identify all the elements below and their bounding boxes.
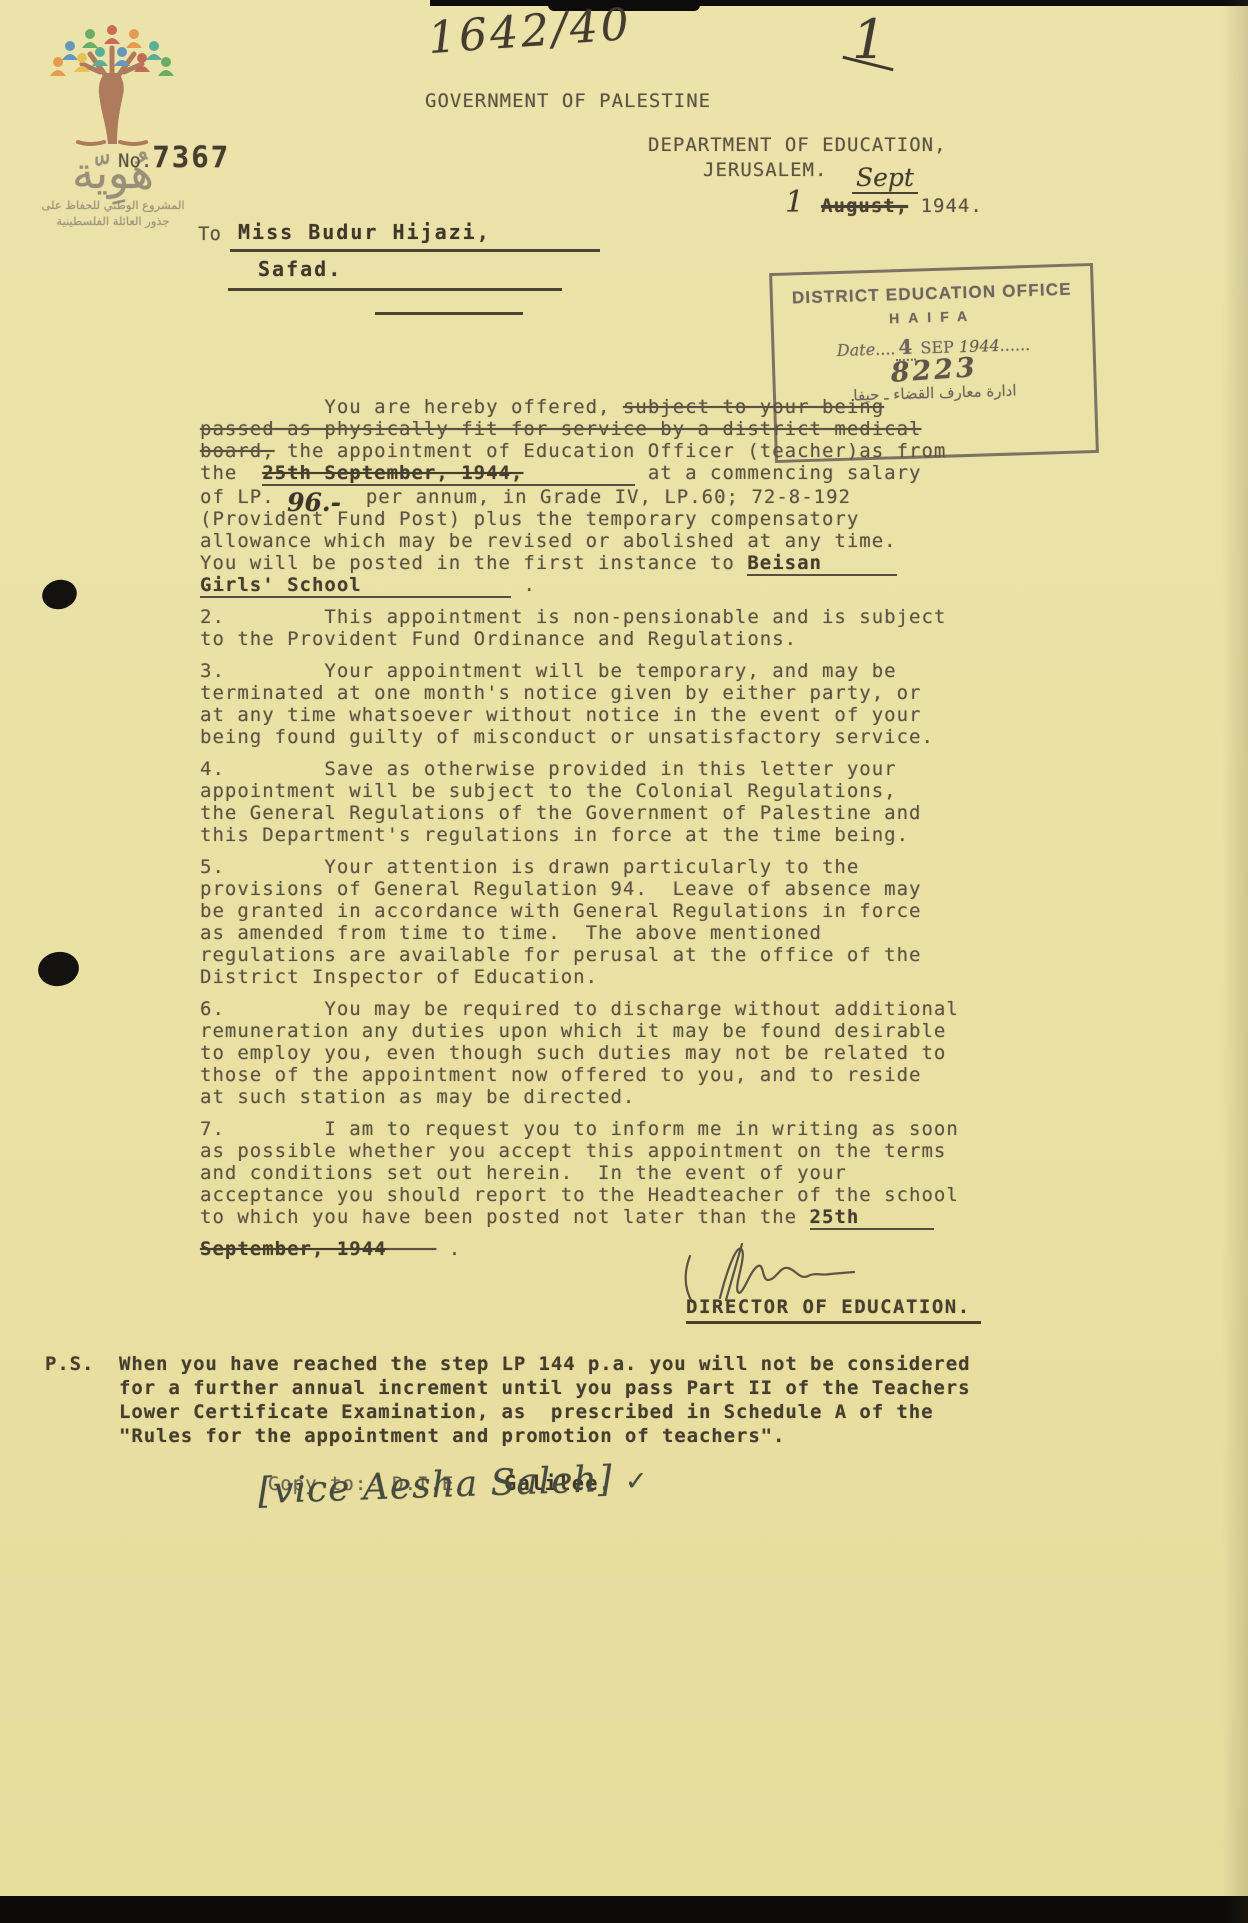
stamp-date-dots: ....	[875, 339, 896, 359]
letterhead-city: JERUSALEM.	[703, 159, 827, 181]
body-paragraph: 2. This appointment is non-pensionable a…	[200, 606, 1000, 650]
typed-line: the General Regulations of the Governmen…	[200, 802, 1000, 824]
typed-line: of LP. 96.- per annum, in Grade IV, LP.6…	[200, 484, 1000, 508]
handwritten-file-reference: 1642/40	[426, 0, 633, 64]
scan-shadow-right	[1222, 0, 1248, 1923]
recipient-name: Miss Budur Hijazi,	[230, 220, 491, 244]
typed-line: being found guilty of misconduct or unsa…	[200, 726, 1000, 748]
typed-line: at any time whatsoever without notice in…	[200, 704, 1000, 726]
letter-body: You are hereby offered, subject to your …	[200, 396, 1000, 1270]
serial-value: 7367	[152, 140, 230, 174]
scan-edge-bottom	[0, 1896, 1248, 1923]
typed-line: provisions of General Regulation 94. Lea…	[200, 878, 1000, 900]
typed-line: those of the appointment now offered to …	[200, 1064, 1000, 1086]
typed-line: 6. You may be required to discharge with…	[200, 998, 1000, 1020]
typed-line: You are hereby offered, subject to your …	[200, 396, 1000, 418]
struck-month: August,	[821, 195, 908, 217]
typed-line: this Department's regulations in force a…	[200, 824, 1000, 846]
stamp-city: HAIFA	[773, 304, 1091, 330]
typed-line: to the Provident Fund Ordinance and Regu…	[200, 628, 1000, 650]
ps-line: Lower Certificate Examination, as prescr…	[45, 1400, 1055, 1424]
body-paragraph: 6. You may be required to discharge with…	[200, 998, 1000, 1108]
typed-line: and conditions set out herein. In the ev…	[200, 1162, 1000, 1184]
signatory-title: DIRECTOR OF EDUCATION.	[686, 1296, 981, 1324]
handwritten-check-mark: ✓	[625, 1466, 649, 1497]
typed-line: be granted in accordance with General Re…	[200, 900, 1000, 922]
ps-line: P.S. When you have reached the step LP 1…	[45, 1352, 1055, 1376]
serial-label: No.	[118, 150, 152, 172]
postscript-block: P.S. When you have reached the step LP 1…	[45, 1352, 1055, 1448]
date-year: 1944.	[908, 195, 983, 217]
stamp-date-label: Date	[837, 340, 876, 360]
typed-line: 7. I am to request you to inform me in w…	[200, 1118, 1000, 1140]
letter-date-line: 1August, 1944.	[785, 185, 983, 220]
body-paragraph: 5. Your attention is drawn particularly …	[200, 856, 1000, 988]
recipient-name-line: Miss Budur Hijazi,	[230, 220, 600, 252]
tree-people-logo-icon	[38, 22, 188, 147]
recipient-place: Safad.	[228, 257, 342, 281]
recipient-blank-line	[375, 286, 523, 315]
typed-line: at such station as may be directed.	[200, 1086, 1000, 1108]
typed-line: to which you have been posted not later …	[200, 1206, 1000, 1228]
typed-line: You will be posted in the first instance…	[200, 552, 1000, 574]
letter-serial-number: No.7367	[118, 140, 230, 174]
typed-line: 3. Your appointment will be temporary, a…	[200, 660, 1000, 682]
hole-punch-mark	[39, 576, 80, 613]
scanned-letter-page: هُوِيّة المشروع الوطني للحفاظ على جذور ا…	[0, 0, 1248, 1923]
typed-line: acceptance you should report to the Head…	[200, 1184, 1000, 1206]
watermark-text-line2: جذور العائلة الفلسطينية	[18, 213, 208, 229]
typed-line: allowance which may be revised or abolis…	[200, 530, 1000, 552]
typed-line: passed as physically fit for service by …	[200, 418, 1000, 440]
typed-line: as possible whether you accept this appo…	[200, 1140, 1000, 1162]
watermark-text-line1: المشروع الوطني للحفاظ على	[18, 197, 208, 213]
recipient-to-label: To	[198, 223, 221, 245]
handwritten-day: 1	[785, 185, 805, 220]
typed-line: regulations are available for perusal at…	[200, 944, 1000, 966]
typed-line: appointment will be subject to the Colon…	[200, 780, 1000, 802]
typed-line: 2. This appointment is non-pensionable a…	[200, 606, 1000, 628]
body-paragraph: 4. Save as otherwise provided in this le…	[200, 758, 1000, 846]
typed-line: 4. Save as otherwise provided in this le…	[200, 758, 1000, 780]
typed-line: to employ you, even though such duties m…	[200, 1042, 1000, 1064]
typed-line: District Inspector of Education.	[200, 966, 1000, 988]
ps-line: for a further annual increment until you…	[45, 1376, 1055, 1400]
letterhead-department: DEPARTMENT OF EDUCATION,	[648, 134, 947, 156]
hole-punch-mark	[35, 949, 81, 990]
typed-line: terminated at one month's notice given b…	[200, 682, 1000, 704]
org-logo-watermark: هُوِيّة المشروع الوطني للحفاظ على جذور ا…	[18, 22, 208, 229]
body-paragraph: You are hereby offered, subject to your …	[200, 396, 1000, 596]
director-signature-icon	[676, 1238, 896, 1304]
body-paragraph: 3. Your appointment will be temporary, a…	[200, 660, 1000, 748]
typed-line: Girls' School .	[200, 574, 1000, 596]
typed-line: the 25th September, 1944, at a commencin…	[200, 462, 1000, 484]
typed-line: remuneration any duties upon which it ma…	[200, 1020, 1000, 1042]
typed-line: board, the appointment of Education Offi…	[200, 440, 1000, 462]
typed-line: as amended from time to time. The above …	[200, 922, 1000, 944]
typed-line: 5. Your attention is drawn particularly …	[200, 856, 1000, 878]
body-paragraph: 7. I am to request you to inform me in w…	[200, 1118, 1000, 1228]
letterhead-government-title: GOVERNMENT OF PALESTINE	[425, 90, 711, 112]
